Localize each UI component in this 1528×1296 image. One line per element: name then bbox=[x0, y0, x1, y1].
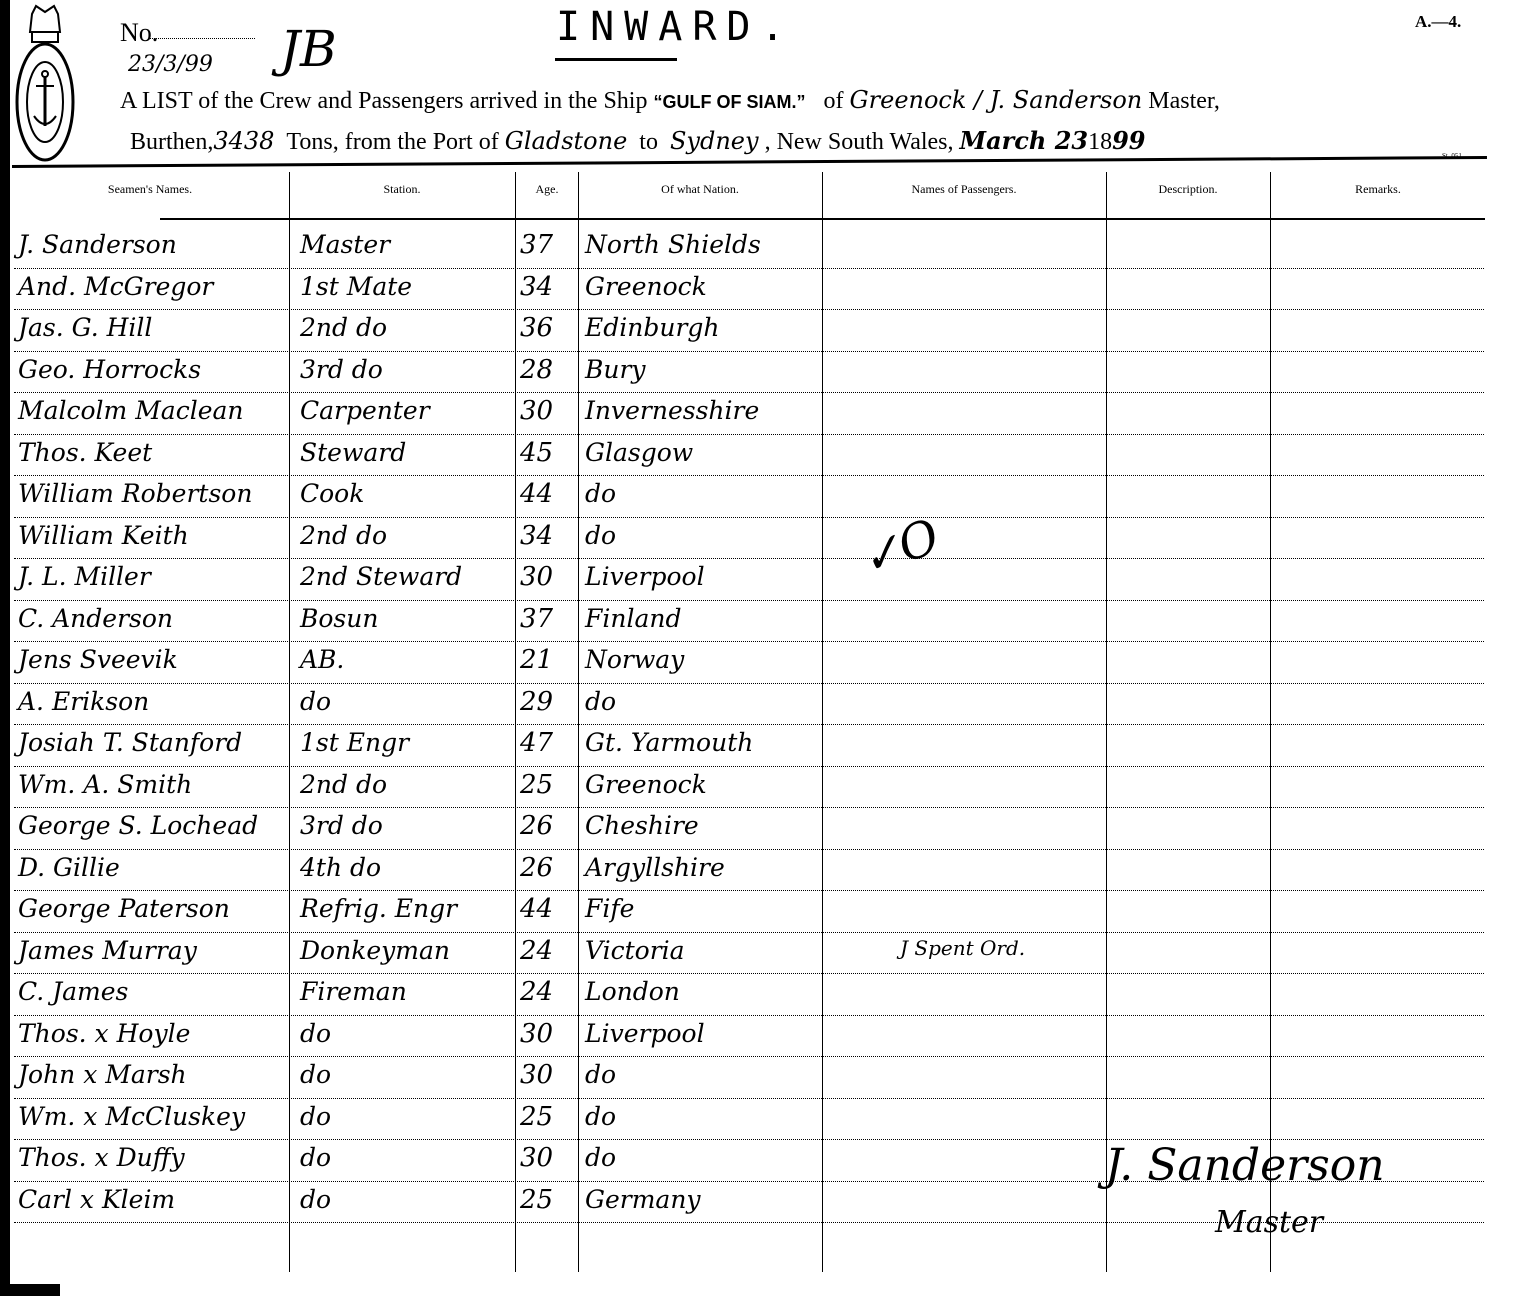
document-number-field bbox=[150, 38, 255, 39]
cell-name: Wm. A. Smith bbox=[18, 770, 192, 799]
cell-nation: Germany bbox=[585, 1185, 701, 1214]
cell-nation: Liverpool bbox=[585, 1019, 705, 1048]
cell-nation: North Shields bbox=[585, 230, 761, 259]
arrival-date-handwritten: March 23 bbox=[960, 126, 1089, 155]
cell-station: do bbox=[300, 1019, 331, 1048]
column-divider bbox=[1106, 172, 1107, 1272]
cell-nation: do bbox=[585, 1060, 616, 1089]
cell-name: A. Erikson bbox=[18, 687, 149, 716]
cell-nation: Bury bbox=[585, 355, 646, 384]
cell-nation: Invernesshire bbox=[585, 396, 759, 425]
cell-station: 2nd do bbox=[300, 770, 387, 799]
cell-nation: Finland bbox=[585, 604, 681, 633]
cell-name: Jens Sveevik bbox=[18, 645, 178, 674]
cell-station: Steward bbox=[300, 438, 406, 467]
cell-nation: Cheshire bbox=[585, 811, 699, 840]
row-rule bbox=[14, 724, 1484, 725]
cell-name: John x Marsh bbox=[18, 1060, 187, 1089]
column-header-description: Description. bbox=[1088, 182, 1288, 197]
cell-name: George S. Lochead bbox=[18, 811, 258, 840]
cell-nation: do bbox=[585, 1143, 616, 1172]
row-rule bbox=[14, 849, 1484, 850]
cell-station: 4th do bbox=[300, 853, 381, 882]
row-rule bbox=[14, 807, 1484, 808]
cell-remarks: J Spent Ord. bbox=[900, 936, 1025, 960]
cell-name: Thos. Keet bbox=[18, 438, 152, 467]
master-signature: J. Sanderson bbox=[1105, 1140, 1385, 1191]
cell-age: 24 bbox=[520, 977, 553, 1007]
state-label: , New South Wales, bbox=[765, 129, 954, 155]
document-number-label: No. bbox=[120, 18, 158, 48]
cell-age: 30 bbox=[520, 1019, 553, 1049]
row-rule bbox=[14, 1056, 1484, 1057]
cell-age: 26 bbox=[520, 853, 553, 883]
cell-name: William Keith bbox=[18, 521, 189, 550]
header-line-2: Burthen,3438 Tons, from the Port of Glad… bbox=[130, 126, 1146, 156]
cell-name: James Murray bbox=[18, 936, 197, 965]
of-label: of bbox=[823, 88, 843, 114]
document-title: INWARD. bbox=[556, 4, 795, 50]
tons-from-label: Tons, from the Port of bbox=[286, 129, 498, 155]
scan-edge-bottom bbox=[0, 1284, 60, 1296]
cell-station: do bbox=[300, 1185, 331, 1214]
from-port-handwritten: Gladstone bbox=[505, 127, 628, 155]
cell-station: 2nd do bbox=[300, 313, 387, 342]
cell-name: Carl x Kleim bbox=[18, 1185, 175, 1214]
cell-station: do bbox=[300, 1143, 331, 1172]
checked-mark: ✓O bbox=[853, 508, 947, 588]
row-rule bbox=[14, 683, 1484, 684]
cell-nation: do bbox=[585, 479, 616, 508]
cell-nation: Liverpool bbox=[585, 562, 705, 591]
cell-station: Donkeyman bbox=[300, 936, 450, 965]
row-rule bbox=[14, 890, 1484, 891]
cell-station: AB. bbox=[300, 645, 344, 674]
cell-station: 1st Mate bbox=[300, 272, 412, 301]
burthen-label: Burthen, bbox=[130, 129, 213, 155]
cell-name: And. McGregor bbox=[18, 272, 213, 301]
cell-age: 44 bbox=[520, 894, 553, 924]
cell-age: 37 bbox=[520, 604, 553, 634]
cell-station: Master bbox=[300, 230, 390, 259]
cell-name: Malcolm Maclean bbox=[18, 396, 244, 425]
column-header-passenger-names: Names of Passengers. bbox=[864, 182, 1064, 197]
header-bottom-rule bbox=[160, 218, 1485, 220]
cell-name: Jas. G. Hill bbox=[18, 313, 152, 342]
cell-age: 28 bbox=[520, 355, 553, 385]
to-label: to bbox=[639, 129, 658, 155]
cell-age: 34 bbox=[520, 521, 553, 551]
row-rule bbox=[14, 268, 1484, 269]
column-divider bbox=[515, 172, 516, 1272]
cell-nation: do bbox=[585, 687, 616, 716]
row-rule bbox=[14, 1098, 1484, 1099]
row-rule bbox=[14, 309, 1484, 310]
cell-station: Refrig. Engr bbox=[300, 894, 457, 923]
row-rule bbox=[14, 641, 1484, 642]
cell-station: Fireman bbox=[300, 977, 407, 1006]
officer-initials-handwritten: JB bbox=[280, 20, 337, 78]
cell-nation: Edinburgh bbox=[585, 313, 720, 342]
master-label: Master, bbox=[1148, 88, 1220, 114]
row-rule bbox=[14, 392, 1484, 393]
cell-station: do bbox=[300, 1060, 331, 1089]
row-rule bbox=[14, 600, 1484, 601]
cell-name: J. L. Miller bbox=[18, 562, 151, 591]
cell-name: George Paterson bbox=[18, 894, 230, 923]
cell-nation: do bbox=[585, 1102, 616, 1131]
cell-station: 1st Engr bbox=[300, 728, 409, 757]
row-rule bbox=[14, 558, 1484, 559]
row-rule bbox=[14, 766, 1484, 767]
cell-name: Josiah T. Stanford bbox=[18, 728, 242, 757]
master-signature-title: Master bbox=[1215, 1205, 1323, 1240]
cell-age: 45 bbox=[520, 438, 553, 468]
cell-age: 25 bbox=[520, 1185, 553, 1215]
column-header-remarks: Remarks. bbox=[1278, 182, 1478, 197]
cell-age: 25 bbox=[520, 770, 553, 800]
cell-age: 24 bbox=[520, 936, 553, 966]
cell-nation: Norway bbox=[585, 645, 684, 674]
column-divider bbox=[578, 172, 579, 1272]
row-rule bbox=[14, 351, 1484, 352]
received-date-handwritten: 23/3/99 bbox=[128, 52, 213, 77]
cell-station: Cook bbox=[300, 479, 364, 508]
cell-age: 30 bbox=[520, 1060, 553, 1090]
cell-station: 2nd do bbox=[300, 521, 387, 550]
cell-name: William Robertson bbox=[18, 479, 252, 508]
cell-nation: Argyllshire bbox=[585, 853, 725, 882]
list-intro-text: A LIST of the Crew and Passengers arrive… bbox=[120, 88, 647, 114]
header-line-1: A LIST of the Crew and Passengers arrive… bbox=[120, 86, 1220, 115]
column-divider bbox=[822, 172, 823, 1272]
cell-age: 30 bbox=[520, 562, 553, 592]
form-code: A.—4. bbox=[1415, 12, 1461, 32]
cell-age: 29 bbox=[520, 687, 553, 717]
to-port-handwritten: Sydney bbox=[670, 127, 759, 155]
column-header-nation: Of what Nation. bbox=[600, 182, 800, 197]
cell-station: 3rd do bbox=[300, 355, 383, 384]
cell-age: 34 bbox=[520, 272, 553, 302]
cell-nation: Fife bbox=[585, 894, 634, 923]
cell-nation: Greenock bbox=[585, 770, 707, 799]
cell-name: C. James bbox=[18, 977, 128, 1006]
cell-age: 21 bbox=[520, 645, 553, 675]
cell-age: 44 bbox=[520, 479, 553, 509]
row-rule bbox=[14, 1015, 1484, 1016]
cell-name: C. Anderson bbox=[18, 604, 173, 633]
cell-age: 26 bbox=[520, 811, 553, 841]
year-prefix: 18 bbox=[1088, 129, 1112, 155]
cell-nation: do bbox=[585, 521, 616, 550]
row-rule bbox=[14, 932, 1484, 933]
column-header-seamens-names: Seamen's Names. bbox=[50, 182, 250, 197]
cell-name: Geo. Horrocks bbox=[18, 355, 201, 384]
cell-station: 3rd do bbox=[300, 811, 383, 840]
cell-age: 30 bbox=[520, 1143, 553, 1173]
cell-nation: Gt. Yarmouth bbox=[585, 728, 753, 757]
row-rule bbox=[14, 434, 1484, 435]
cell-age: 47 bbox=[520, 728, 553, 758]
scan-edge-left bbox=[0, 0, 10, 1296]
cell-name: D. Gillie bbox=[18, 853, 120, 882]
cell-age: 30 bbox=[520, 396, 553, 426]
column-divider bbox=[1270, 172, 1271, 1272]
cell-age: 36 bbox=[520, 313, 553, 343]
cell-station: 2nd Steward bbox=[300, 562, 462, 591]
title-underline bbox=[555, 58, 677, 61]
cell-age: 37 bbox=[520, 230, 553, 260]
year-suffix-handwritten: 99 bbox=[1112, 126, 1145, 155]
cell-nation: Victoria bbox=[585, 936, 685, 965]
cell-station: Bosun bbox=[300, 604, 378, 633]
cell-name: Thos. x Hoyle bbox=[18, 1019, 190, 1048]
ship-name: “GULF OF SIAM.” bbox=[653, 92, 805, 112]
cell-nation: London bbox=[585, 977, 680, 1006]
cell-name: Thos. x Duffy bbox=[18, 1143, 185, 1172]
row-rule bbox=[14, 973, 1484, 974]
cell-name: Wm. x McCluskey bbox=[18, 1102, 245, 1131]
cell-age: 25 bbox=[520, 1102, 553, 1132]
column-divider bbox=[289, 172, 290, 1272]
cell-name: J. Sanderson bbox=[18, 230, 177, 259]
cell-nation: Glasgow bbox=[585, 438, 693, 467]
header-rule bbox=[12, 156, 1487, 168]
row-rule bbox=[14, 475, 1484, 476]
cell-station: Carpenter bbox=[300, 396, 430, 425]
burthen-value: 3438 bbox=[213, 127, 274, 155]
cell-station: do bbox=[300, 1102, 331, 1131]
shipping-master-seal-icon bbox=[14, 4, 76, 164]
cell-nation: Greenock bbox=[585, 272, 707, 301]
port-registry-handwritten: Greenock / J. Sanderson bbox=[849, 86, 1142, 114]
cell-station: do bbox=[300, 687, 331, 716]
row-rule bbox=[14, 517, 1484, 518]
